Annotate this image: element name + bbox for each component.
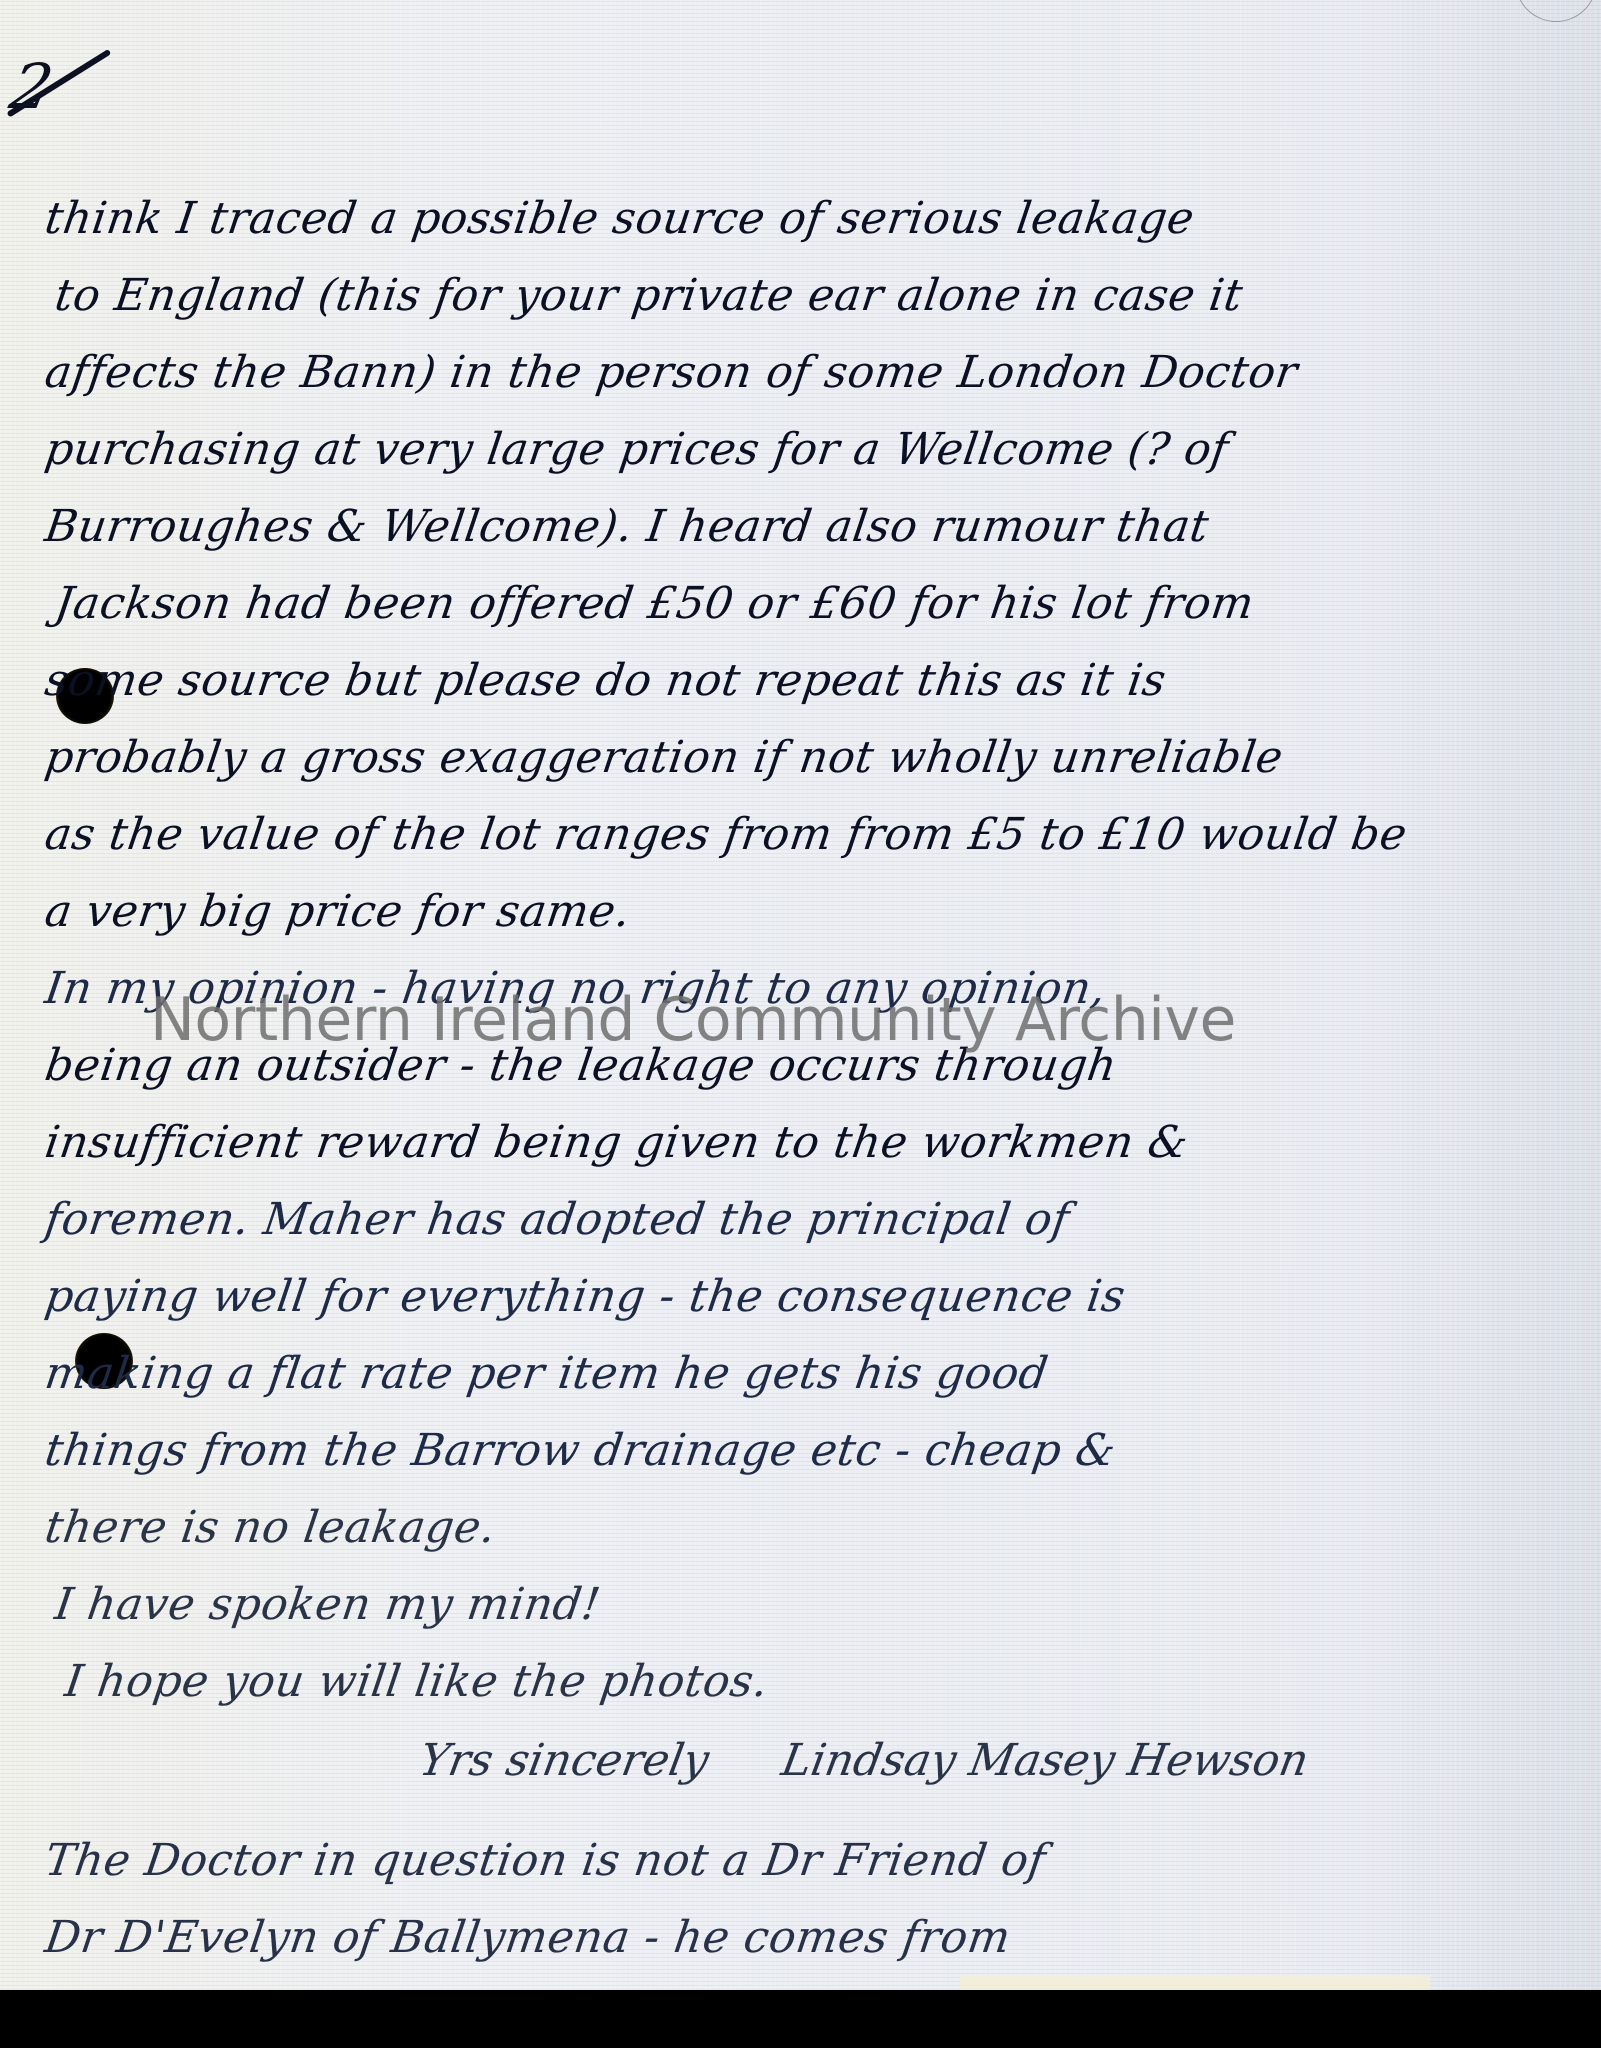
body-line: purchasing at very large prices for a We… <box>40 411 1571 488</box>
body-line: as the value of the lot ranges from from… <box>40 796 1571 873</box>
body-line: probably a gross exaggeration if not who… <box>40 719 1571 796</box>
body-line: to England (this for your private ear al… <box>40 257 1571 334</box>
body-line: I have spoken my mind! <box>40 1566 1571 1643</box>
signature-block: Yrs sincerely Lindsay Masey Hewson <box>416 1735 1313 1786</box>
scan-border-notch <box>963 2000 1423 2048</box>
body-line: some source but please do not repeat thi… <box>40 642 1571 719</box>
body-line: affects the Bann) in the person of some … <box>40 334 1571 411</box>
body-line: think I traced a possible source of seri… <box>40 180 1571 257</box>
body-line: making a flat rate per item he gets his … <box>40 1335 1571 1412</box>
body-line: there is no leakage. <box>40 1489 1571 1566</box>
signature-name: Lindsay Masey Hewson <box>778 1735 1313 1786</box>
postscript-line: Dr D'Evelyn of Ballymena - he comes from <box>40 1899 1551 1976</box>
body-line: Burroughes & Wellcome). I heard also rum… <box>40 488 1571 565</box>
postscript-line: The Doctor in question is not a Dr Frien… <box>40 1822 1551 1899</box>
body-line: Jackson had been offered £50 or £60 for … <box>40 565 1571 642</box>
body-line: insufficient reward being given to the w… <box>40 1104 1571 1181</box>
body-line: paying well for everything - the consequ… <box>40 1258 1571 1335</box>
letter-body: think I traced a possible source of seri… <box>40 180 1560 1720</box>
body-line: things from the Barrow drainage etc - ch… <box>40 1412 1571 1489</box>
body-line: In my opinion - having no right to any o… <box>40 950 1571 1027</box>
body-line: being an outsider - the leakage occurs t… <box>40 1027 1571 1104</box>
faint-circle-mark <box>1515 0 1597 22</box>
letter-page: 2 think I traced a possible source of se… <box>0 0 1601 1990</box>
body-line: a very big price for same. <box>40 873 1571 950</box>
signature-closing: Yrs sincerely <box>416 1735 713 1786</box>
body-line: foremen. Maher has adopted the principal… <box>40 1181 1571 1258</box>
body-line: I hope you will like the photos. <box>40 1643 1571 1720</box>
